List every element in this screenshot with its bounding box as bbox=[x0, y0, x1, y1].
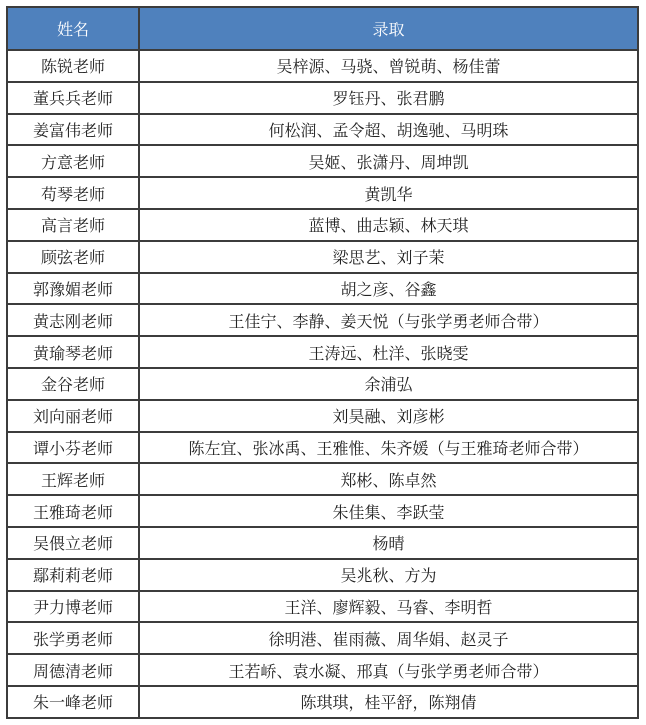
admitted-students: 陈琪琪，桂平舒，陈翔倩 bbox=[139, 686, 638, 718]
teacher-name: 刘向丽老师 bbox=[7, 400, 139, 432]
admitted-students: 吴梓源、马骁、曾锐萌、杨佳蕾 bbox=[139, 50, 638, 82]
teacher-name: 金谷老师 bbox=[7, 368, 139, 400]
teacher-name: 王辉老师 bbox=[7, 463, 139, 495]
table-row: 鄢莉莉老师吴兆秋、方为 bbox=[7, 559, 638, 591]
header-name: 姓名 bbox=[7, 7, 139, 50]
teacher-name: 吴偎立老师 bbox=[7, 527, 139, 559]
table-row: 黄瑜琴老师王涛远、杜洋、张晓雯 bbox=[7, 336, 638, 368]
teacher-name: 顾弦老师 bbox=[7, 241, 139, 273]
header-admitted: 录取 bbox=[139, 7, 638, 50]
admitted-students: 余浦弘 bbox=[139, 368, 638, 400]
table-row: 朱一峰老师陈琪琪，桂平舒，陈翔倩 bbox=[7, 686, 638, 718]
admitted-students: 罗钰丹、张君鹏 bbox=[139, 82, 638, 114]
table-row: 刘向丽老师刘昊融、刘彦彬 bbox=[7, 400, 638, 432]
teacher-name: 王雅琦老师 bbox=[7, 495, 139, 527]
table-row: 谭小芬老师陈左宜、张冰禹、王雅惟、朱齐媛（与王雅琦老师合带） bbox=[7, 432, 638, 464]
admitted-students: 王洋、廖辉毅、马睿、李明哲 bbox=[139, 591, 638, 623]
teacher-name: 朱一峰老师 bbox=[7, 686, 139, 718]
table-row: 周德清老师王若峤、袁水凝、邢真（与张学勇老师合带） bbox=[7, 654, 638, 686]
teacher-name: 鄢莉莉老师 bbox=[7, 559, 139, 591]
teacher-name: 陈锐老师 bbox=[7, 50, 139, 82]
table-row: 陈锐老师吴梓源、马骁、曾锐萌、杨佳蕾 bbox=[7, 50, 638, 82]
teacher-name: 谭小芬老师 bbox=[7, 432, 139, 464]
admitted-students: 梁思艺、刘子茉 bbox=[139, 241, 638, 273]
table-row: 金谷老师余浦弘 bbox=[7, 368, 638, 400]
admitted-students: 黄凯华 bbox=[139, 177, 638, 209]
admission-table: 姓名 录取 陈锐老师吴梓源、马骁、曾锐萌、杨佳蕾董兵兵老师罗钰丹、张君鹏姜富伟老… bbox=[6, 6, 639, 719]
admitted-students: 杨晴 bbox=[139, 527, 638, 559]
table-row: 王雅琦老师朱佳集、李跃莹 bbox=[7, 495, 638, 527]
admitted-students: 陈左宜、张冰禹、王雅惟、朱齐媛（与王雅琦老师合带） bbox=[139, 432, 638, 464]
teacher-name: 周德清老师 bbox=[7, 654, 139, 686]
table-row: 尹力博老师王洋、廖辉毅、马睿、李明哲 bbox=[7, 591, 638, 623]
table-row: 吴偎立老师杨晴 bbox=[7, 527, 638, 559]
table-row: 张学勇老师徐明港、崔雨薇、周华娟、赵灵子 bbox=[7, 622, 638, 654]
admitted-students: 吴兆秋、方为 bbox=[139, 559, 638, 591]
teacher-name: 张学勇老师 bbox=[7, 622, 139, 654]
admitted-students: 王若峤、袁水凝、邢真（与张学勇老师合带） bbox=[139, 654, 638, 686]
admitted-students: 蓝博、曲志颖、林天琪 bbox=[139, 209, 638, 241]
table-row: 王辉老师郑彬、陈卓然 bbox=[7, 463, 638, 495]
admitted-students: 徐明港、崔雨薇、周华娟、赵灵子 bbox=[139, 622, 638, 654]
admitted-students: 王佳宁、李静、姜天悦（与张学勇老师合带） bbox=[139, 304, 638, 336]
table-row: 方意老师吴姬、张潇丹、周坤凯 bbox=[7, 145, 638, 177]
teacher-name: 姜富伟老师 bbox=[7, 114, 139, 146]
teacher-name: 董兵兵老师 bbox=[7, 82, 139, 114]
teacher-name: 苟琴老师 bbox=[7, 177, 139, 209]
table-row: 董兵兵老师罗钰丹、张君鹏 bbox=[7, 82, 638, 114]
table-row: 苟琴老师黄凯华 bbox=[7, 177, 638, 209]
teacher-name: 黄瑜琴老师 bbox=[7, 336, 139, 368]
admitted-students: 吴姬、张潇丹、周坤凯 bbox=[139, 145, 638, 177]
table-row: 顾弦老师梁思艺、刘子茉 bbox=[7, 241, 638, 273]
teacher-name: 尹力博老师 bbox=[7, 591, 139, 623]
admitted-students: 王涛远、杜洋、张晓雯 bbox=[139, 336, 638, 368]
teacher-name: 郭豫媚老师 bbox=[7, 273, 139, 305]
table-row: 高言老师蓝博、曲志颖、林天琪 bbox=[7, 209, 638, 241]
table-row: 黄志刚老师王佳宁、李静、姜天悦（与张学勇老师合带） bbox=[7, 304, 638, 336]
admitted-students: 刘昊融、刘彦彬 bbox=[139, 400, 638, 432]
admitted-students: 胡之彦、谷鑫 bbox=[139, 273, 638, 305]
table-row: 姜富伟老师何松润、孟令超、胡逸驰、马明珠 bbox=[7, 114, 638, 146]
table-row: 郭豫媚老师胡之彦、谷鑫 bbox=[7, 273, 638, 305]
teacher-name: 高言老师 bbox=[7, 209, 139, 241]
admitted-students: 郑彬、陈卓然 bbox=[139, 463, 638, 495]
teacher-name: 黄志刚老师 bbox=[7, 304, 139, 336]
teacher-name: 方意老师 bbox=[7, 145, 139, 177]
admitted-students: 何松润、孟令超、胡逸驰、马明珠 bbox=[139, 114, 638, 146]
header-row: 姓名 录取 bbox=[7, 7, 638, 50]
admitted-students: 朱佳集、李跃莹 bbox=[139, 495, 638, 527]
